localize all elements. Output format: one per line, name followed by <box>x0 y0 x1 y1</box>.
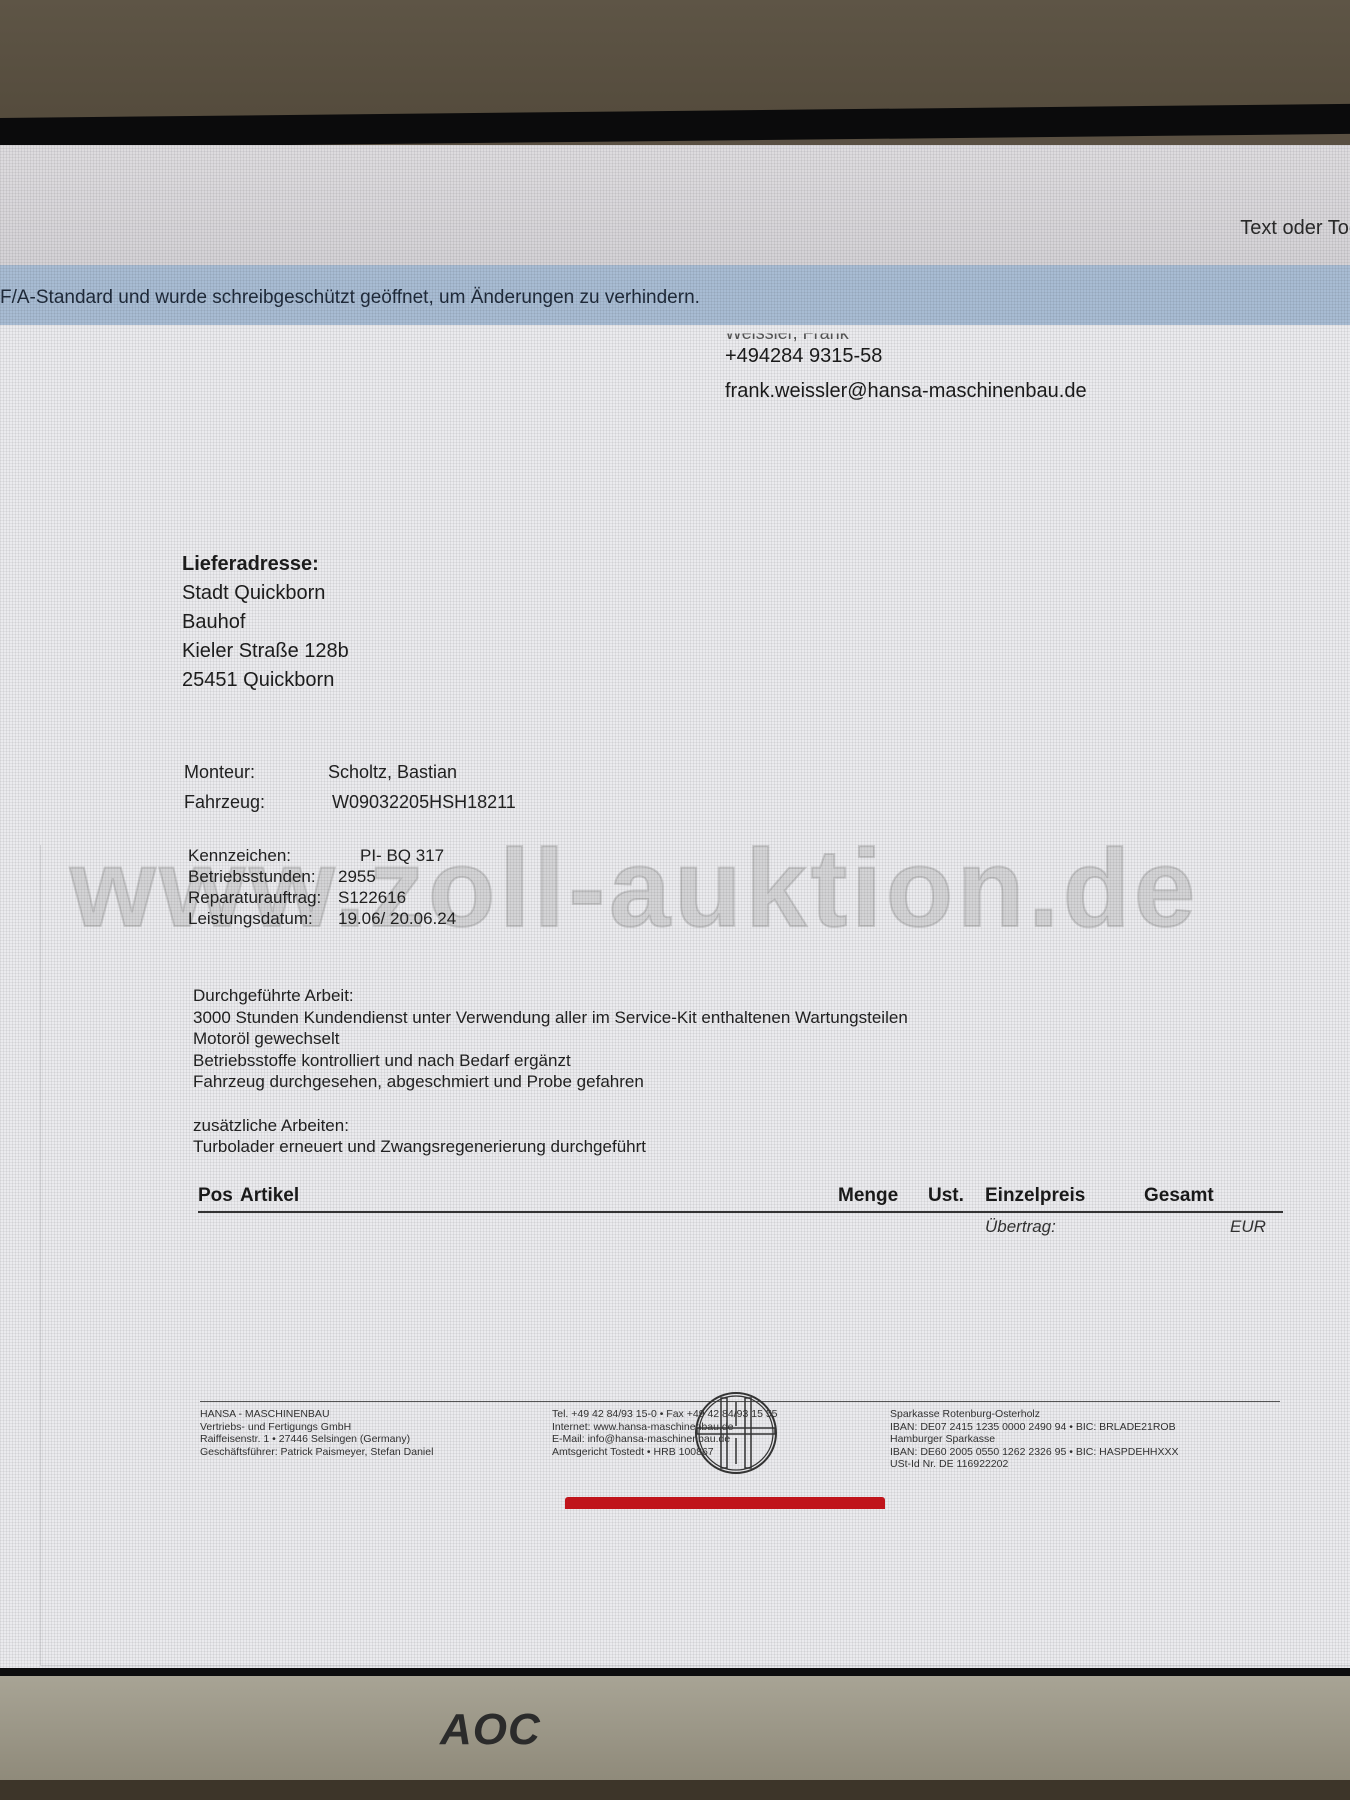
column-einzelpreis: Einzelpreis <box>985 1185 1085 1207</box>
column-menge: Menge <box>838 1185 898 1207</box>
address-line: Bauhof <box>182 608 349 637</box>
hansa-brand-wordmark <box>565 1497 885 1509</box>
address-line: Stadt Quickborn <box>182 579 349 608</box>
footer-line: Geschäftsführer: Patrick Paismeyer, Stef… <box>200 1446 433 1459</box>
detail-label: Kennzeichen: <box>188 845 360 866</box>
fahrzeug-value: W09032205HSH18211 <box>332 792 516 812</box>
monitor-brand-logo: AOC <box>440 1705 541 1755</box>
page-border <box>40 845 1350 1666</box>
footer-line: IBAN: DE60 2005 0550 1262 2326 95 • BIC:… <box>890 1446 1179 1459</box>
detail-row: Betriebsstunden:2955 <box>188 866 456 887</box>
footer-line: Hamburger Sparkasse <box>890 1433 1179 1446</box>
document-page: Weissler, Frank +494284 9315-58 frank.we… <box>0 325 1350 1670</box>
column-gesamt: Gesamt <box>1144 1185 1214 1207</box>
footer-bank: Sparkasse Rotenburg-Osterholz IBAN: DE07… <box>890 1408 1179 1471</box>
detail-value: PI- BQ 317 <box>360 846 444 865</box>
desk-surface <box>0 1780 1350 1800</box>
footer-line: USt-Id Nr. DE 116922202 <box>890 1458 1179 1471</box>
detail-label: Leistungsdatum: <box>188 908 338 929</box>
monitor-screen: Text oder Too F/A-Standard und wurde sch… <box>0 145 1350 1670</box>
work-item: Motoröl gewechselt <box>193 1028 908 1050</box>
monteur-label: Monteur: <box>184 762 328 783</box>
work-item: Fahrzeug durchgesehen, abgeschmiert und … <box>193 1071 908 1093</box>
extra-work-heading: zusätzliche Arbeiten: <box>193 1115 908 1137</box>
work-performed: Durchgeführte Arbeit: 3000 Stunden Kunde… <box>193 985 908 1158</box>
extra-work-item: Turbolader erneuert und Zwangsregenerier… <box>193 1136 908 1158</box>
detail-label: Betriebsstunden: <box>188 866 338 887</box>
column-ust: Ust. <box>928 1185 964 1207</box>
items-table-header: Pos Artikel Menge Ust. Einzelpreis Gesam… <box>198 1183 1283 1213</box>
contact-name: Weissler, Frank <box>725 323 849 344</box>
viewer-toolbar: Text oder Too <box>0 145 1350 265</box>
fahrzeug-row: Fahrzeug:W09032205HSH18211 <box>184 792 516 813</box>
work-item: Betriebsstoffe kontrolliert und nach Bed… <box>193 1050 908 1072</box>
detail-row: Leistungsdatum:19.06/ 20.06.24 <box>188 908 456 929</box>
delivery-heading: Lieferadresse: <box>182 550 349 579</box>
footer-line: IBAN: DE07 2415 1235 0000 2490 94 • BIC:… <box>890 1421 1179 1434</box>
carry-over-label: Übertrag: <box>985 1217 1056 1237</box>
footer-line: Raiffeisenstr. 1 • 27446 Selsingen (Germ… <box>200 1433 433 1446</box>
footer-line: Vertriebs- und Fertigungs GmbH <box>200 1421 433 1434</box>
footer-company: HANSA - MASCHINENBAU Vertriebs- und Fert… <box>200 1408 433 1458</box>
detail-row: Kennzeichen:PI- BQ 317 <box>188 845 456 866</box>
detail-value: 19.06/ 20.06.24 <box>338 909 456 928</box>
contact-phone: +494284 9315-58 <box>725 345 882 368</box>
work-item: 3000 Stunden Kundendienst unter Verwendu… <box>193 1007 908 1029</box>
vehicle-details: Kennzeichen:PI- BQ 317 Betriebsstunden:2… <box>188 845 456 929</box>
hansa-logo-icon <box>693 1390 779 1476</box>
readonly-infobar: F/A-Standard und wurde schreibgeschützt … <box>0 265 1350 325</box>
search-field-placeholder[interactable]: Text oder Too <box>1240 217 1350 240</box>
footer-line: HANSA - MASCHINENBAU <box>200 1408 433 1421</box>
detail-value: S122616 <box>338 888 406 907</box>
contact-email: frank.weissler@hansa-maschinenbau.de <box>725 380 1087 403</box>
column-pos: Pos <box>198 1185 233 1207</box>
footer-line: Sparkasse Rotenburg-Osterholz <box>890 1408 1179 1421</box>
infobar-message: F/A-Standard und wurde schreibgeschützt … <box>0 287 700 309</box>
detail-value: 2955 <box>338 867 376 886</box>
address-line: 25451 Quickborn <box>182 666 349 695</box>
column-artikel: Artikel <box>240 1185 299 1207</box>
fahrzeug-label: Fahrzeug: <box>184 792 332 813</box>
work-heading: Durchgeführte Arbeit: <box>193 985 908 1007</box>
currency-label: EUR <box>1230 1217 1266 1237</box>
detail-row: Reparaturauftrag:S122616 <box>188 887 456 908</box>
detail-label: Reparaturauftrag: <box>188 887 338 908</box>
address-line: Kieler Straße 128b <box>182 637 349 666</box>
monitor-chin <box>0 1676 1350 1781</box>
monteur-value: Scholtz, Bastian <box>328 762 457 782</box>
delivery-address: Lieferadresse: Stadt Quickborn Bauhof Ki… <box>182 550 349 695</box>
monteur-row: Monteur:Scholtz, Bastian <box>184 762 457 783</box>
